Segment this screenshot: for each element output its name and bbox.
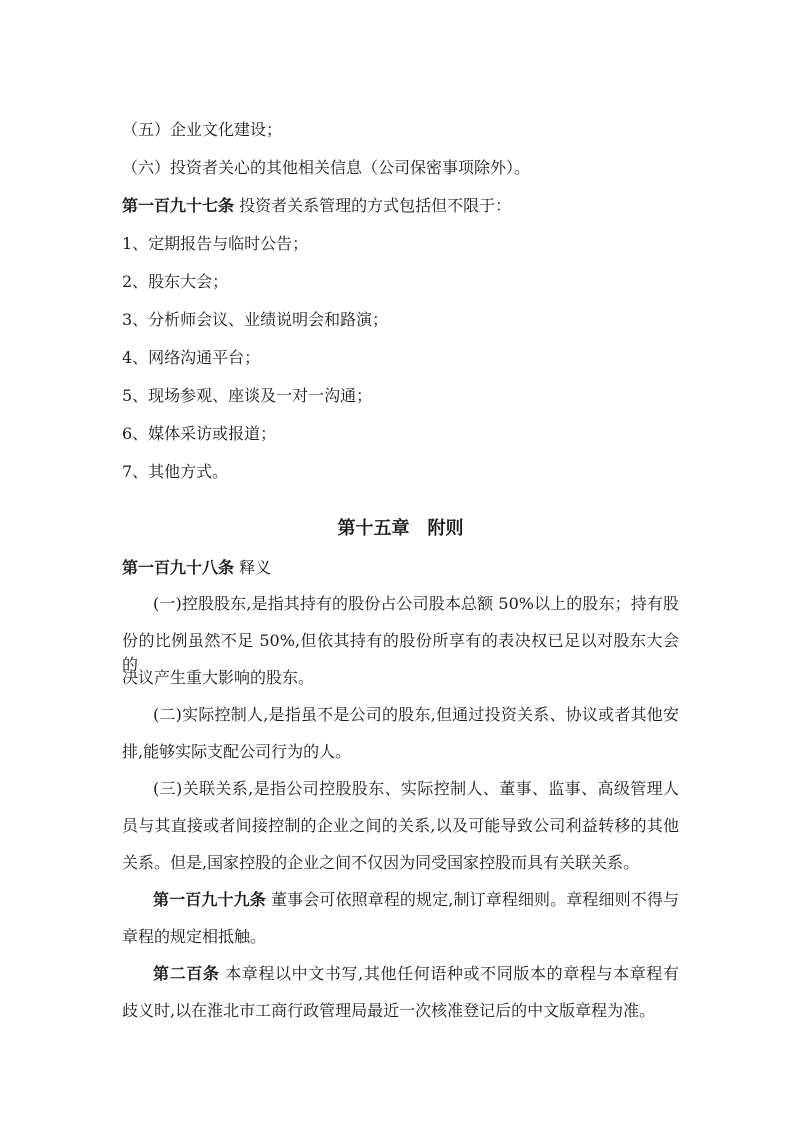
definition-line: 排,能够实际支配公司行为的人。 [122,740,351,764]
article-199-cont: 章程的规定相抵触。 [122,925,266,949]
article-199: 第一百九十九条 董事会可依照章程的规定,制订章程细则。章程细则不得与 [153,888,679,912]
list-item: 7、其他方式。 [122,460,228,484]
list-item: 3、分析师会议、业绩说明会和路演； [122,308,388,332]
definition-line: 员与其直接或者间接控制的企业之间的关系,以及可能导致公司利益转移的其他 [122,814,679,838]
list-item: 4、网络沟通平台； [122,346,260,370]
definition-line: (三)关联关系,是指公司控股股东、实际控制人、董事、监事、高级管理人 [153,777,679,801]
list-item: 5、现场参观、座谈及一对一沟通； [122,384,372,408]
article-heading: 第一百九十八条 [122,558,234,577]
chapter-title: 第十五章 附则 [122,516,679,542]
definition-line: 决议产生重大影响的股东。 [122,666,314,690]
article-text: 释义 [234,558,271,577]
list-item: 6、媒体采访或报道； [122,422,276,446]
list-item-other-info: （六）投资者关心的其他相关信息（公司保密事项除外）。 [122,156,530,180]
article-197: 第一百九十七条 投资者关系管理的方式包括但不限于： [122,194,511,218]
list-item: 2、股东大会； [122,270,228,294]
definition-line: (一)控股股东,是指其持有的股份占公司股本总额 50%以上的股东；持有股 [153,592,679,616]
article-text: 投资者关系管理的方式包括但不限于： [234,196,511,215]
article-text: 董事会可依照章程的规定,制订章程细则。章程细则不得与 [266,890,679,909]
article-198: 第一百九十八条 释义 [122,556,271,580]
definition-line: 关系。但是,国家控股的企业之间不仅因为同受国家控股而具有关联关系。 [122,851,639,875]
definition-line: 份的比例虽然不足 50%,但依其持有的股份所享有的表决权已足以对股东大会的 [122,629,679,653]
definition-line: (二)实际控制人,是指虽不是公司的股东,但通过投资关系、协议或者其他安 [153,703,679,727]
article-text: 本章程以中文书写,其他任何语种或不同版本的章程与本章程有 [219,964,679,983]
article-heading: 第二百条 [153,964,219,983]
article-200-cont: 歧义时,以在淮北市工商行政管理局最近一次核准登记后的中文版章程为准。 [122,999,655,1023]
article-200: 第二百条 本章程以中文书写,其他任何语种或不同版本的章程与本章程有 [153,962,679,986]
article-heading: 第一百九十九条 [153,890,266,909]
list-item: 1、定期报告与临时公告； [122,232,308,256]
list-item-culture: （五）企业文化建设； [122,118,282,142]
article-heading: 第一百九十七条 [122,196,234,215]
